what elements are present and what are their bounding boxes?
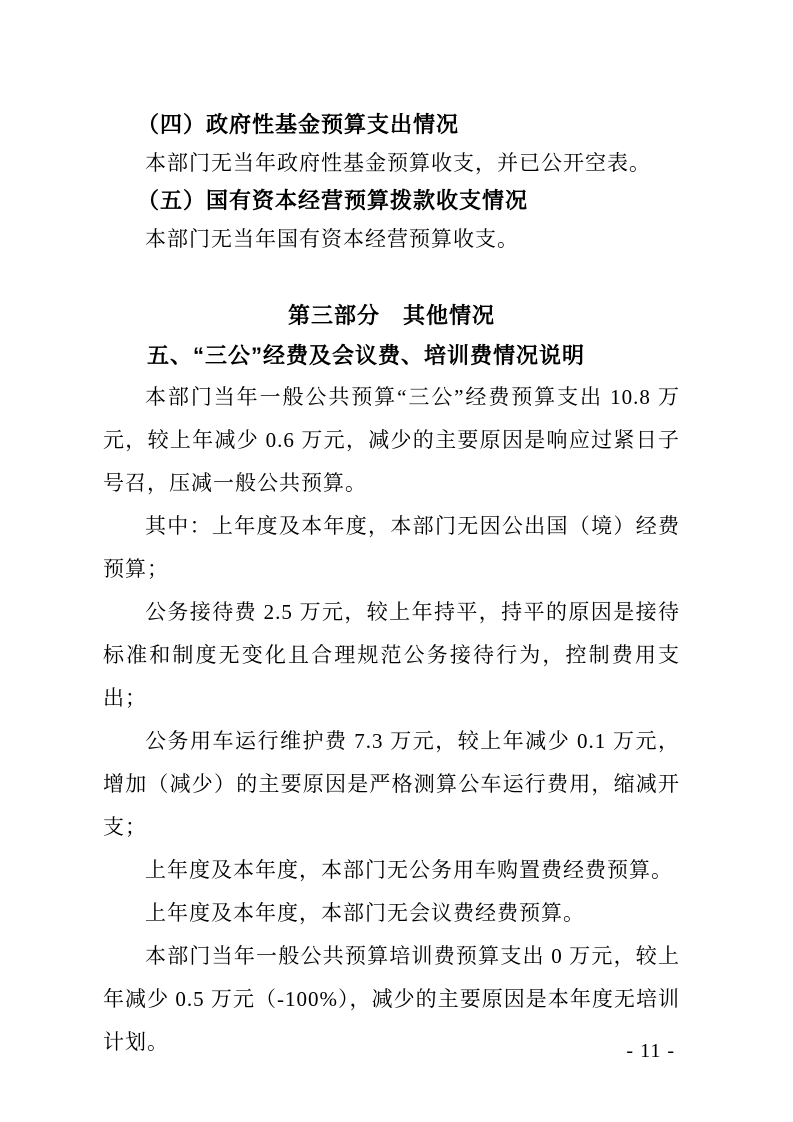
paragraph-training-fee: 本部门当年一般公共预算培训费预算支出 0 万元，较上年减少 0.5 万元（-10… [103,935,680,1064]
subsection-heading-soe-capital-budget: （五）国有资本经营预算拨款收支情况 [103,182,680,220]
paragraph-vehicle-operation: 公务用车运行维护费 7.3 万元，较上年减少 0.1 万元，增加（减少）的主要原… [103,720,680,849]
page-number: - 11 - [626,1040,675,1063]
paragraph-vehicle-purchase-none: 上年度及本年度，本部门无公务用车购置费经费预算。 [103,849,680,892]
paragraph-gov-fund-none: 本部门无当年政府性基金预算收支，并已公开空表。 [103,144,680,182]
section-heading-three-public-expenses: 五、“三公”经费及会议费、培训费情况说明 [103,336,680,376]
document-page: （四）政府性基金预算支出情况 本部门无当年政府性基金预算收支，并已公开空表。 （… [0,0,793,1122]
paragraph-overseas-trips: 其中：上年度及本年度，本部门无因公出国（境）经费预算； [103,505,680,591]
part-three-title: 第三部分 其他情况 [103,296,680,336]
paragraph-three-public-total: 本部门当年一般公共预算“三公”经费预算支出 10.8 万元，较上年减少 0.6 … [103,376,680,505]
document-body: （四）政府性基金预算支出情况 本部门无当年政府性基金预算收支，并已公开空表。 （… [103,106,680,1064]
paragraph-soe-budget-none: 本部门无当年国有资本经营预算收支。 [103,220,680,258]
paragraph-official-reception: 公务接待费 2.5 万元，较上年持平，持平的原因是接待标准和制度无变化且合理规范… [103,591,680,720]
subsection-heading-gov-fund-expenditure: （四）政府性基金预算支出情况 [103,106,680,144]
paragraph-meeting-fee-none: 上年度及本年度，本部门无会议费经费预算。 [103,892,680,935]
